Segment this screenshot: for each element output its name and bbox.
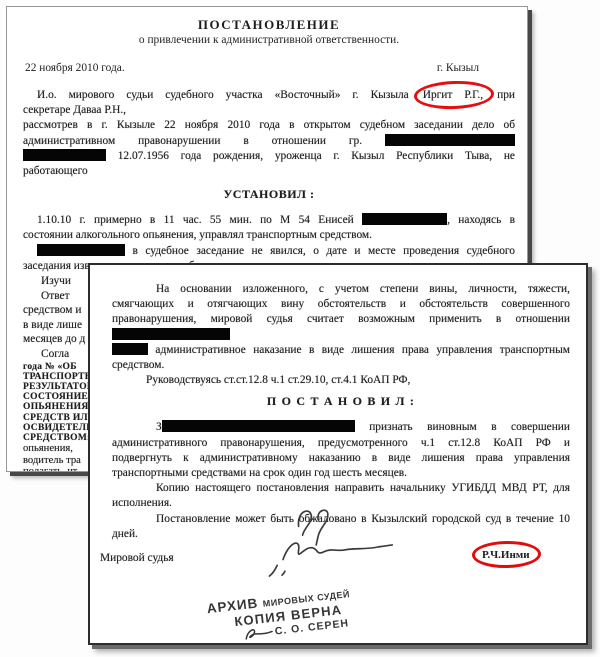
text-line: административное наказание в виде лишени… [112, 343, 570, 358]
text-run: СРЕДСТВОМ» [23, 433, 92, 443]
text-line: секретаре Даваа Р.Н., [23, 103, 515, 118]
intro-paragraph: И.о. мирового судьи судебного участка «В… [23, 88, 515, 179]
text-run: , находясь в [447, 214, 515, 226]
text-run: подвергнуть к административному наказани… [112, 452, 570, 464]
text-line: Руководствуясь ст.ст.12.8 ч.1 ст.29.10, … [112, 373, 570, 388]
document-subtitle: о привлечении к административной ответст… [23, 33, 515, 48]
text-run: исполнения. [112, 497, 172, 509]
text-run: средством и [23, 304, 81, 316]
text-run: 1.10.10 г. примерно в 11 час. 55 мин. по… [37, 214, 354, 226]
document-city: г. Кызыл [437, 61, 479, 76]
archive-certification-stamp: АРХИВ МИРОВЫХ СУДЕЙ КОПИЯ ВЕРНА С. О. СЕ… [206, 584, 354, 645]
text-run: рассмотрев в г. Кызыле 22 ноября 2010 го… [23, 119, 515, 131]
text-line: Копию настоящего постановления направить… [112, 481, 570, 496]
text-line: в судебное заседание не явился, о дате и… [23, 244, 515, 259]
text-run: в виде лише [23, 319, 82, 331]
text-line: 12.07.1956 года рождения, уроженца г. Кы… [23, 149, 515, 164]
stamp-signature-flourish [243, 624, 275, 642]
text-run: СРЕДСТВ ИЛИ [23, 413, 96, 423]
redaction-bar [23, 149, 106, 161]
text-run: года № «ОБ [23, 362, 77, 372]
redaction-bar [112, 343, 148, 355]
text-line: подвергнуть к административному наказани… [112, 451, 570, 466]
text-run: На основании изложенного, с учетом степе… [156, 283, 570, 295]
text-line: смягчающих и отягчающих вину обстоятельс… [112, 297, 570, 312]
document-date: 22 ноября 2010 года. [25, 61, 125, 76]
text-run: РЕЗУЛЬТАТОВ [23, 382, 94, 392]
text-run: административное наказание в виде лишени… [155, 344, 570, 356]
text-run: средством. [112, 359, 164, 371]
text-run: полагать, чт [23, 466, 77, 472]
judge-signature [228, 503, 418, 581]
text-run: Ответ [41, 290, 70, 302]
red-oval-annotation: Иргит Р.Г., [421, 89, 485, 101]
postanovil-heading: П О С Т А Н О В И Л : [112, 394, 570, 409]
redaction-bar [362, 213, 447, 225]
document-page-front: На основании изложенного, с учетом степе… [88, 263, 588, 645]
text-line: На основании изложенного, с учетом степе… [112, 282, 570, 297]
scanned-document: ПОСТАНОВЛЕНИЕ о привлечении к администра… [0, 0, 600, 657]
text-run: опьянения, [23, 443, 73, 454]
text-line: транспортными средствами на срок один го… [112, 466, 570, 481]
text-line: административном правонарушении в отноше… [23, 134, 515, 149]
text-line: правонарушения, мировой судья считает во… [112, 312, 570, 342]
redaction-bar [37, 244, 125, 256]
text-line: 1.10.10 г. примерно в 11 час. 55 мин. по… [23, 213, 515, 228]
text-run: водитель тра [23, 455, 81, 466]
document-title: ПОСТАНОВЛЕНИЕ [23, 16, 515, 33]
text-line: административного правонарушения, предус… [112, 436, 570, 451]
text-line: состоянии алкогольного опьянения, управл… [23, 228, 515, 243]
text-run: месяцев до д [23, 333, 85, 345]
text-run: И.о. мирового судьи судебного участка «В… [37, 89, 409, 101]
text-line: работающего [23, 164, 515, 179]
text-run: 12.07.1956 года рождения, уроженца г. Кы… [118, 150, 515, 162]
text-run: Руководствуясь ст.ст.12.8 ч.1 ст.29.10, … [146, 374, 410, 386]
text-run: смягчающих и отягчающих вину обстоятельс… [112, 298, 570, 310]
redaction-bar [162, 420, 355, 432]
redaction-bar [112, 328, 230, 340]
date-row: 22 ноября 2010 года. г. Кызыл [25, 61, 479, 76]
text-run: признать виновным в совершении [369, 421, 570, 433]
text-run: правонарушения, мировой судья считает во… [112, 313, 570, 325]
text-run: административном правонарушении в отноше… [23, 135, 362, 147]
text-run: административного правонарушения, предус… [112, 437, 570, 449]
ustanovil-heading: УСТАНОВИЛ : [23, 187, 515, 201]
judge-label: Мировой судья [100, 552, 174, 564]
text-run: дней. [112, 528, 138, 540]
judge-name-circled: Р.Ч.Инми [482, 549, 530, 561]
reasoning-paragraph: На основании изложенного, с учетом степе… [112, 282, 570, 388]
text-run: Согла [41, 348, 69, 360]
redaction-bar [385, 134, 515, 146]
text-run: Копию настоящего постановления направить… [156, 482, 570, 494]
text-run: работающего [23, 165, 88, 177]
text-line: средством. [112, 358, 570, 373]
text-line: И.о. мирового судьи судебного участка «В… [23, 88, 515, 103]
text-run: транспортными средствами на срок один го… [112, 467, 407, 479]
text-line: рассмотрев в г. Кызыле 22 ноября 2010 го… [23, 118, 515, 133]
text-run: Изучи [41, 275, 71, 287]
text-run: состоянии алкогольного опьянения, управл… [23, 229, 372, 241]
text-run: в судебное заседание не явился, о дате и… [132, 245, 515, 257]
text-run: при [497, 89, 515, 101]
text-run: секретаре Даваа Р.Н., [23, 104, 126, 116]
text-line: З признать виновным в совершении [112, 420, 570, 435]
